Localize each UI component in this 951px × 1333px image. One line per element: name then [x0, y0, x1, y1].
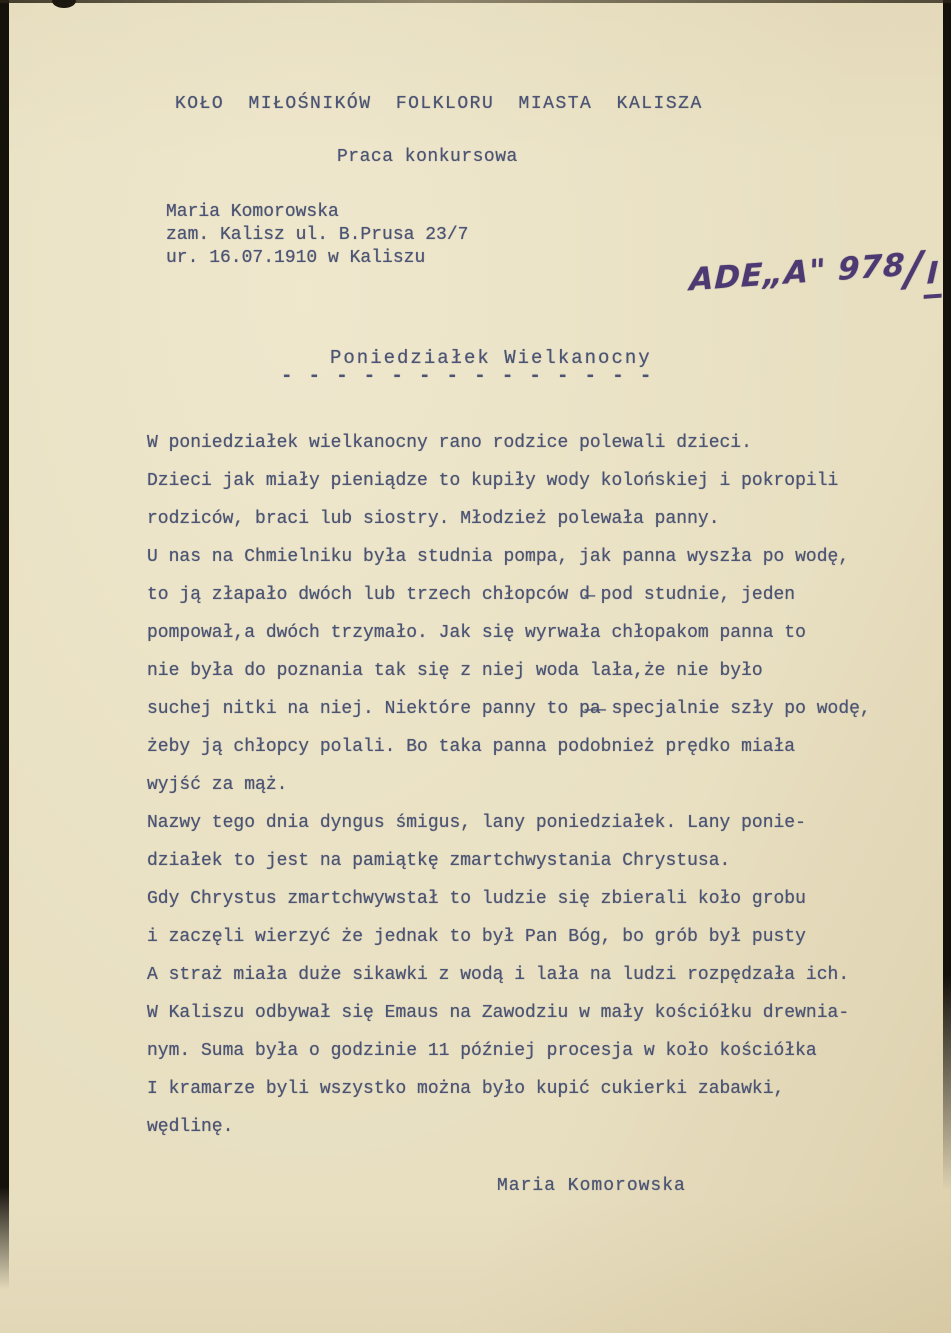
work-subtitle: Praca konkursowa [337, 147, 518, 167]
author-birthdate: ur. 16.07.1910 w Kaliszu [166, 247, 468, 270]
typed-line: A straż miała duże sikawki z wodą i lała… [147, 956, 937, 994]
typed-line: Dzieci jak miały pieniądze to kupiły wod… [147, 462, 937, 500]
typed-line: i zaczęli wierzyć że jednak to był Pan B… [147, 918, 937, 956]
typed-line: wędlinę. [147, 1108, 937, 1146]
annotation-slash: / [904, 241, 923, 296]
author-address: zam. Kalisz ul. B.Prusa 23/7 [166, 224, 468, 247]
typed-line: wyjść za mąż. [147, 766, 937, 804]
document-title-underline: - - - - - - - - - - - - - - [281, 365, 654, 387]
annotation-page-number: I [923, 255, 943, 298]
typed-line: W poniedziałek wielkanocny rano rodzice … [147, 424, 937, 462]
scan-edge-left [0, 0, 9, 1290]
document-body: W poniedziałek wielkanocny rano rodzice … [147, 424, 937, 1146]
typed-line: to ją złapało dwóch lub trzech chłopców … [147, 576, 937, 614]
typed-line: nie była do poznania tak się z niej woda… [147, 652, 937, 690]
typed-line: pompował,a dwóch trzymało. Jak się wyrwa… [147, 614, 937, 652]
scan-edge-top [0, 0, 951, 3]
author-name: Maria Komorowska [166, 201, 468, 224]
typed-line: I kramarze byli wszystko można było kupi… [147, 1070, 937, 1108]
annotation-code: ADE„A" 978 [689, 247, 906, 298]
typed-line: U nas na Chmielniku była studnia pompa, … [147, 538, 937, 576]
scan-edge-right [943, 0, 951, 1190]
organization-title: KOŁO MIŁOŚNIKÓW FOLKLORU MIASTA KALISZA [175, 94, 703, 114]
handwritten-annotation: ADE„A" 978/I [640, 203, 944, 351]
typed-line: Nazwy tego dnia dyngus śmigus, lany poni… [147, 804, 937, 842]
signature: Maria Komorowska [497, 1176, 686, 1196]
typed-line: nym. Suma była o godzinie 11 później pro… [147, 1032, 937, 1070]
author-block: Maria Komorowska zam. Kalisz ul. B.Prusa… [166, 201, 468, 270]
typed-line: żeby ją chłopcy polali. Bo taka panna po… [147, 728, 937, 766]
scanned-document-page: KOŁO MIŁOŚNIKÓW FOLKLORU MIASTA KALISZA … [0, 0, 951, 1333]
typed-line: rodziców, braci lub siostry. Młodzież po… [147, 500, 937, 538]
typed-line: Gdy Chrystus zmartchwywstał to ludzie si… [147, 880, 937, 918]
typed-line: W Kaliszu odbywał się Emaus na Zawodziu … [147, 994, 937, 1032]
typed-line: suchej nitki na niej. Niektóre panny to … [147, 690, 937, 728]
typed-line: działek to jest na pamiątkę zmartchwysta… [147, 842, 937, 880]
scan-artifact-blob [52, 0, 76, 8]
